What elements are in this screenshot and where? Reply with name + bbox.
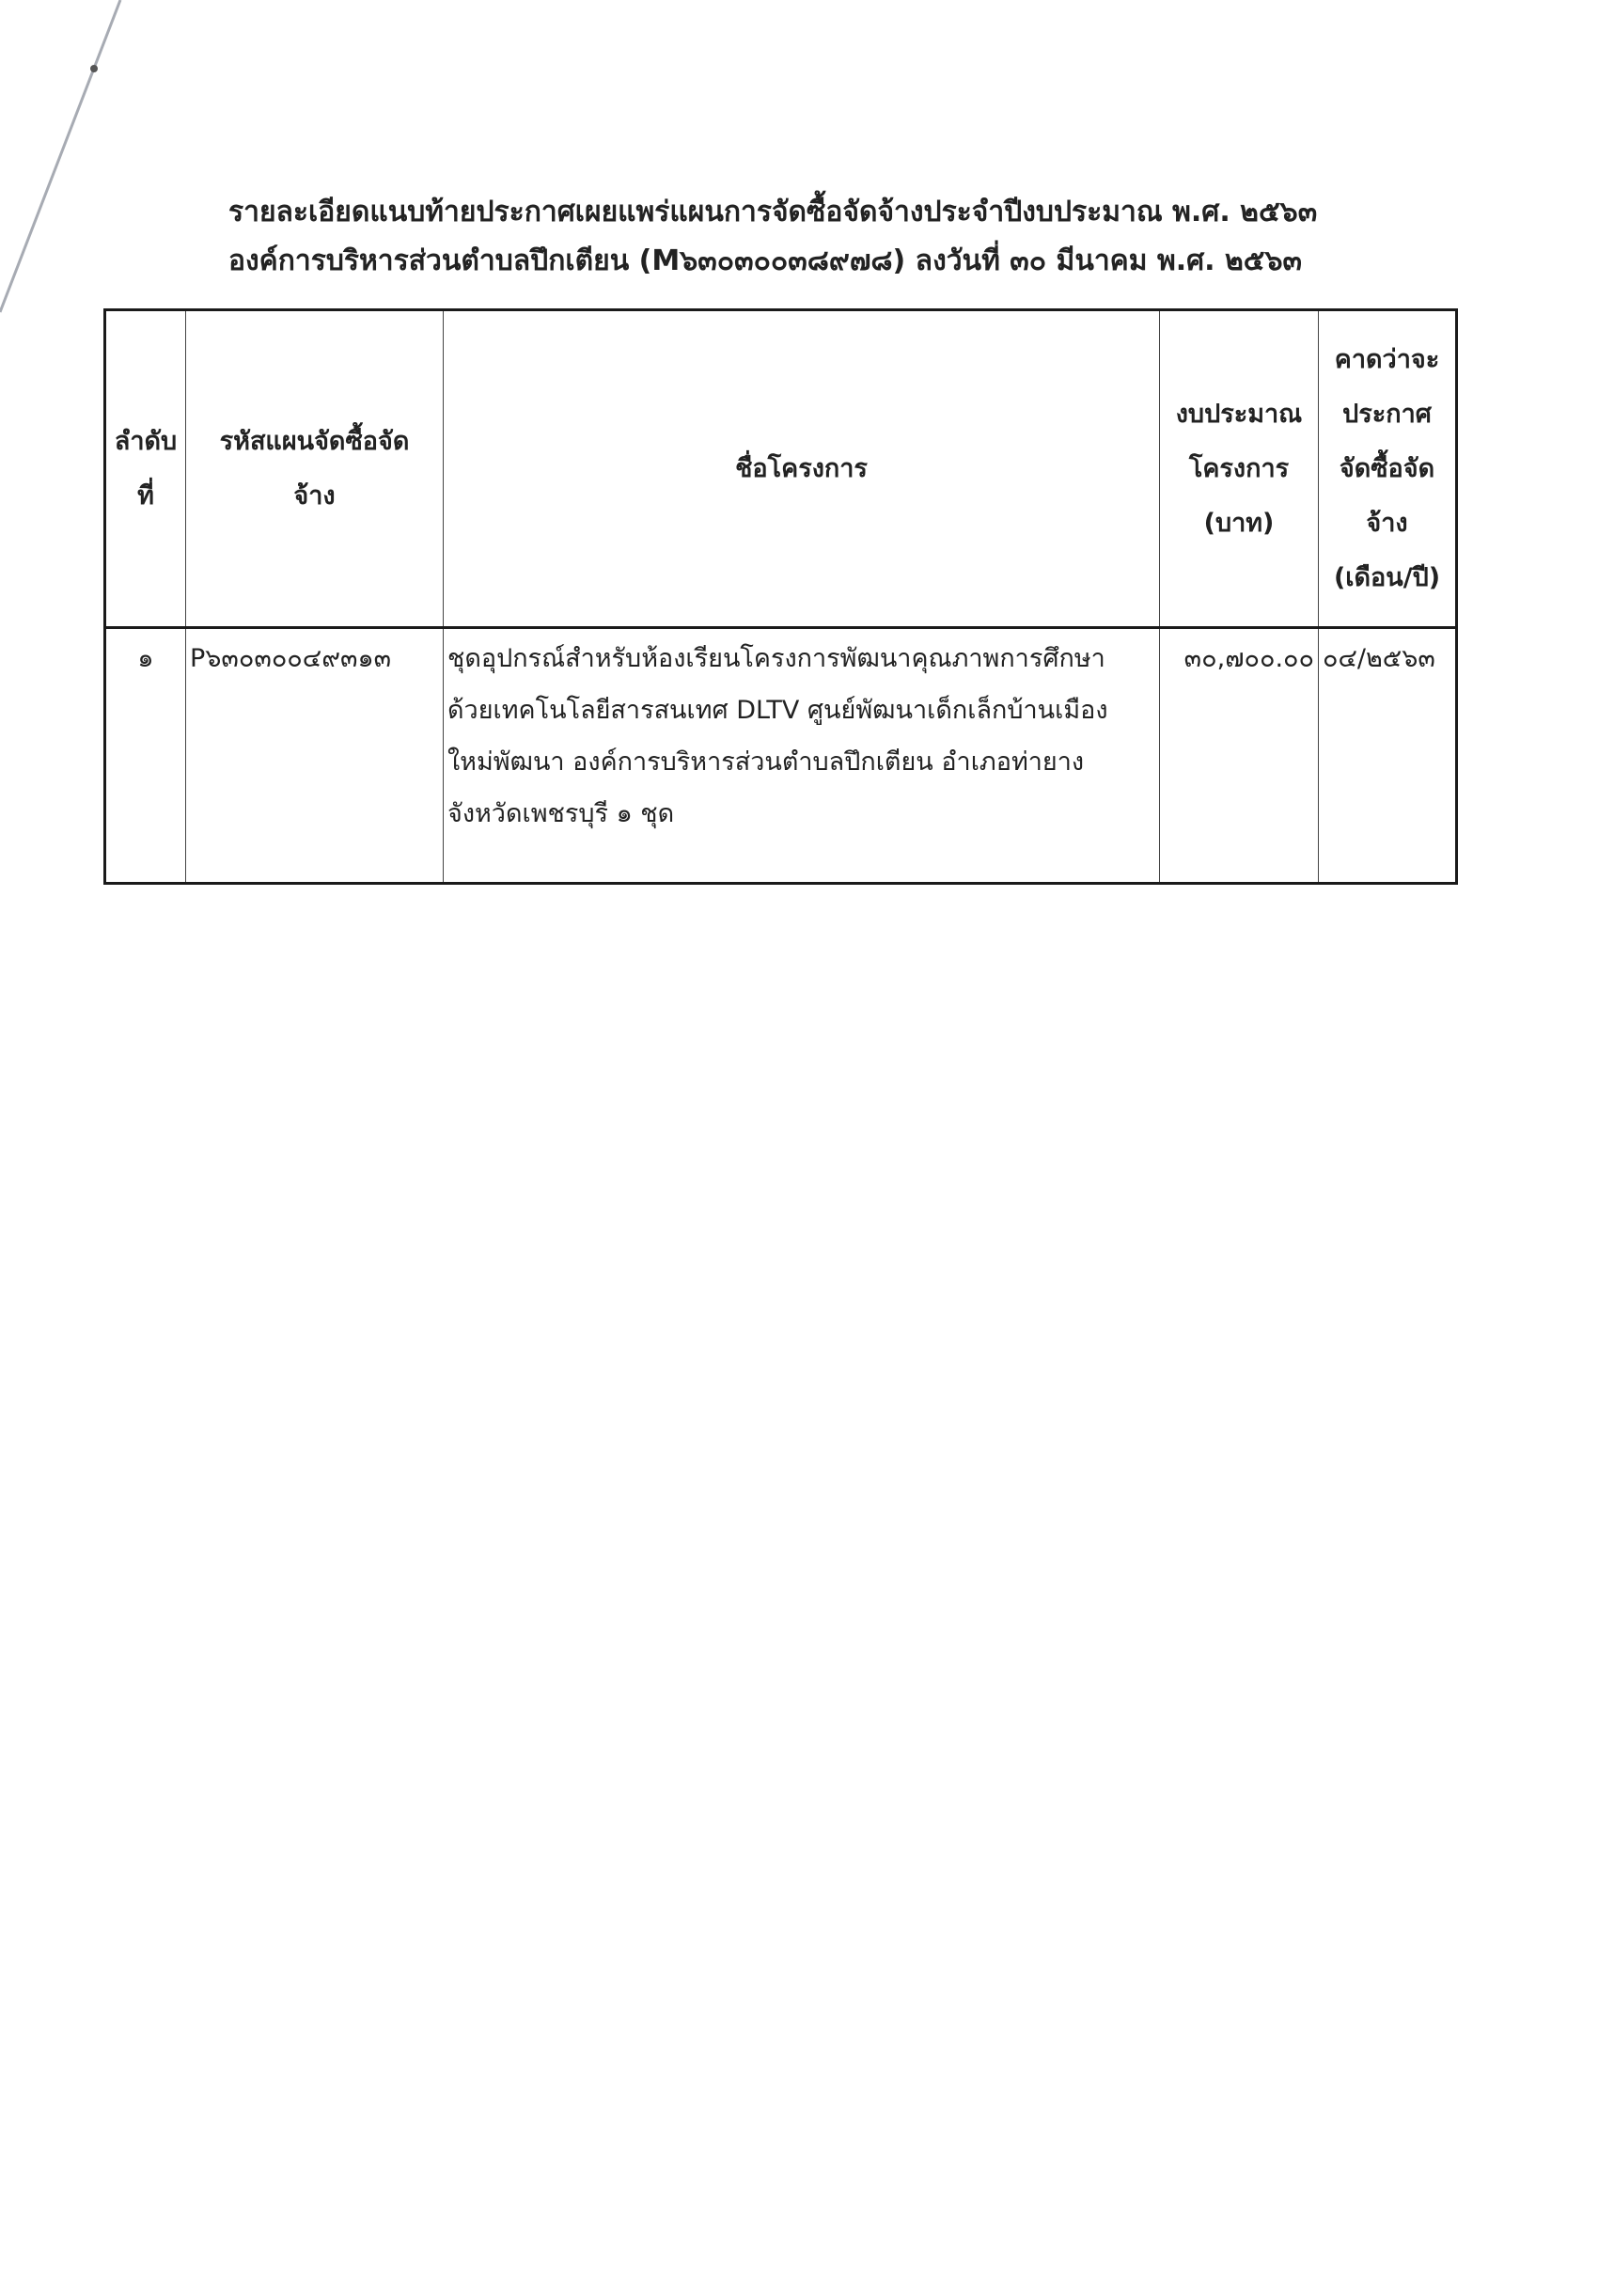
table-row: ๑ P๖๓๐๓๐๐๔๙๓๑๓ ชุดอุปกรณ์สำหรับห้องเรียน…	[105, 628, 1457, 884]
document-title-block: รายละเอียดแนบท้ายประกาศเผยแพร่แผนการจัดซ…	[228, 188, 1450, 286]
cell-expected-month-year: ๐๔/๒๕๖๓	[1319, 628, 1457, 884]
header-project-name: ชื่อโครงการ	[444, 310, 1160, 628]
header-sequence-no: ลำดับ ที่	[105, 310, 186, 628]
document-title: รายละเอียดแนบท้ายประกาศเผยแพร่แผนการจัดซ…	[228, 188, 1450, 237]
cell-budget: ๓๐,๗๐๐.๐๐	[1160, 628, 1319, 884]
procurement-plan-table: ลำดับ ที่ รหัสแผนจัดซื้อจัด จ้าง ชื่อโคร…	[103, 308, 1458, 885]
cell-plan-code: P๖๓๐๓๐๐๔๙๓๑๓	[186, 628, 444, 884]
table-header-row: ลำดับ ที่ รหัสแผนจัดซื้อจัด จ้าง ชื่อโคร…	[105, 310, 1457, 628]
header-plan-code: รหัสแผนจัดซื้อจัด จ้าง	[186, 310, 444, 628]
cell-project-name: ชุดอุปกรณ์สำหรับห้องเรียนโครงการพัฒนาคุณ…	[444, 628, 1160, 884]
cell-sequence-no: ๑	[105, 628, 186, 884]
header-budget: งบประมาณ โครงการ (บาท)	[1160, 310, 1319, 628]
header-expected-announcement: คาดว่าจะ ประกาศ จัดซื้อจัด จ้าง (เดือน/ป…	[1319, 310, 1457, 628]
document-subtitle: องค์การบริหารส่วนตำบลปึกเตียน (M๖๓๐๓๐๐๓๘…	[228, 237, 1450, 286]
scanned-page-edge	[0, 0, 150, 338]
